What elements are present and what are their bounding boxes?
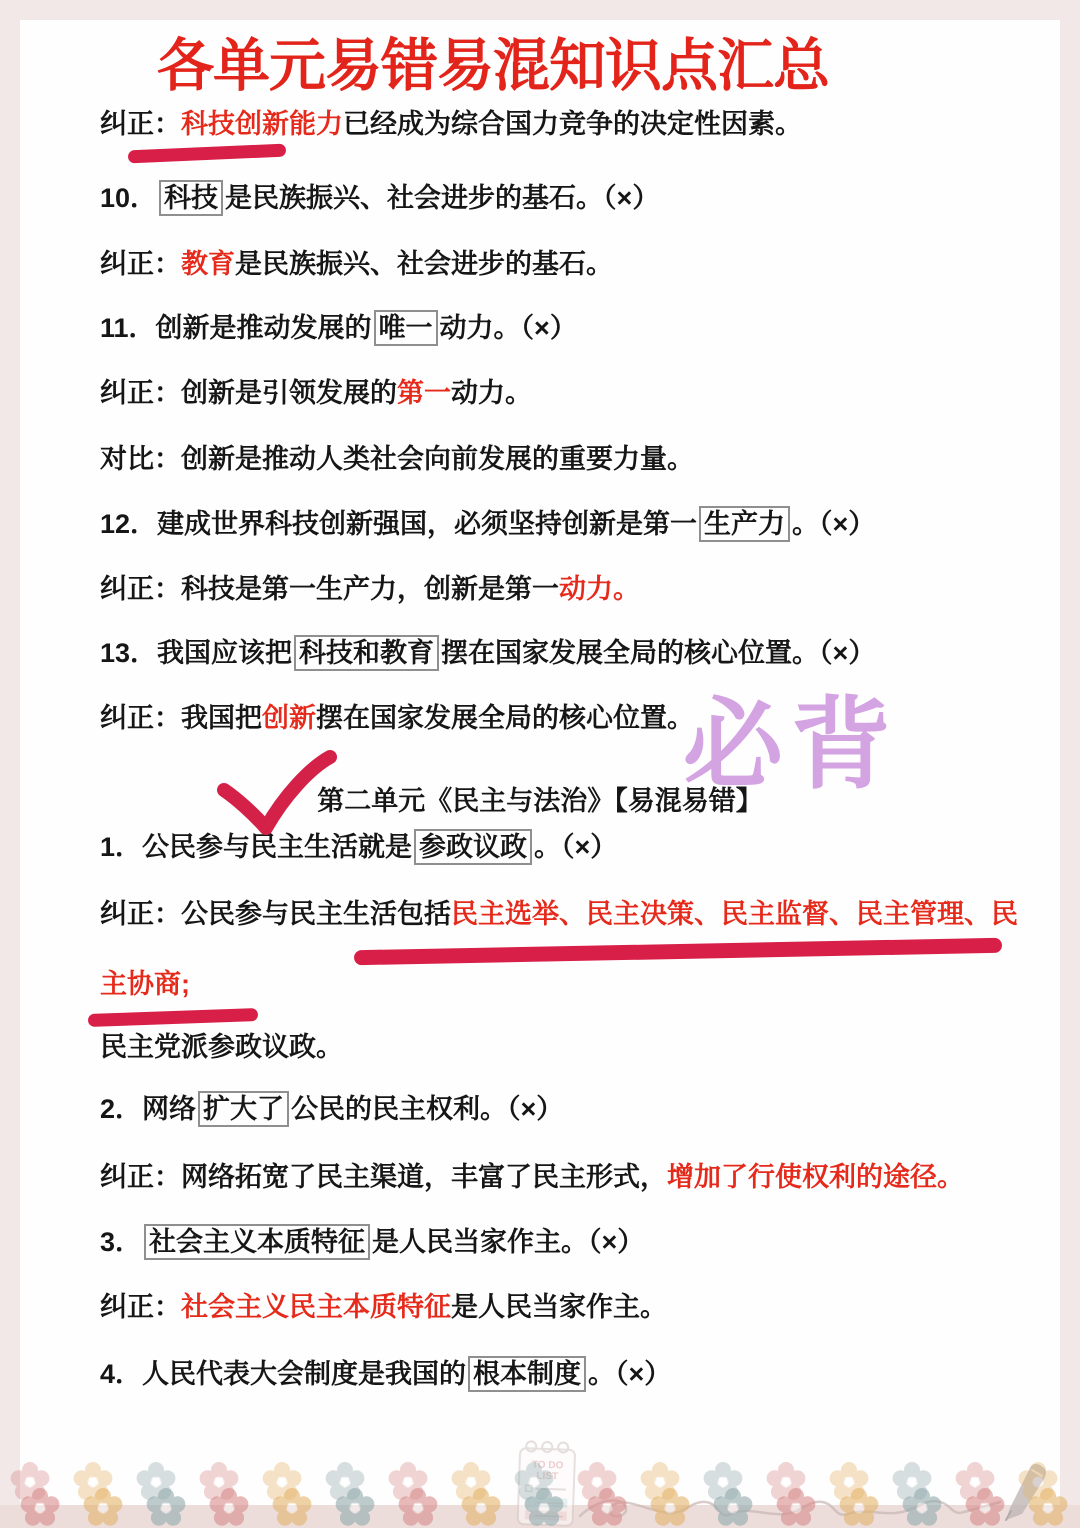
flower-icon xyxy=(587,1488,627,1528)
text-line: 2．网络扩大了公民的民主权利。（×） xyxy=(100,1093,563,1125)
text-segment: 4．人民代表大会制度是我国的 xyxy=(100,1359,466,1389)
flower-icon xyxy=(209,1488,249,1528)
text-segment: 13．我国应该把 xyxy=(100,638,292,668)
text-segment: 11．创新是推动发展的 xyxy=(100,313,372,343)
content-lines: 纠正：科技创新能力已经成为综合国力竞争的决定性因素。10．科技是民族振兴、社会进… xyxy=(0,0,1080,1528)
text-line: 纠正：我国把创新摆在国家发展全局的核心位置。 xyxy=(100,702,694,734)
highlighted-term: 增加了行使权利的途径。 xyxy=(667,1162,964,1192)
boxed-term: 唯一 xyxy=(374,310,438,346)
text-segment: （×） xyxy=(603,183,659,213)
text-line: 民主党派参政议政。 xyxy=(100,1031,343,1063)
text-segment: 纠正： xyxy=(100,1292,181,1322)
flower-icon xyxy=(902,1488,942,1528)
text-line: 纠正：公民参与民主生活包括民主选举、民主决策、民主监督、民主管理、民 xyxy=(100,898,1018,930)
text-segment: 2．网络 xyxy=(100,1094,196,1124)
highlighted-term: 民主选举、民主决策、民主监督、民主管理、民 xyxy=(451,899,1018,929)
highlighted-term: 创新 xyxy=(262,703,316,733)
study-notes-page: 各单元易错易混知识点汇总 必背 纠正：科技创新能力已经成为综合国力竞争的决定性因… xyxy=(0,0,1080,1528)
boxed-term: 生产力 xyxy=(699,506,790,542)
text-line: 纠正：社会主义民主本质特征是人民当家作主。 xyxy=(100,1291,667,1323)
text-segment: 动力。 xyxy=(440,313,521,343)
flower-icon xyxy=(272,1488,312,1528)
text-line: 纠正：教育是民族振兴、社会进步的基石。 xyxy=(100,248,613,280)
highlighted-term: 动力。 xyxy=(559,574,640,604)
highlighted-term: 主协商; xyxy=(100,969,190,999)
text-line: 3．社会主义本质特征是人民当家作主。（×） xyxy=(100,1226,644,1258)
text-segment: 纠正：创新是引领发展的 xyxy=(100,378,397,408)
boxed-term: 根本制度 xyxy=(468,1356,586,1392)
text-segment: 是民族振兴、社会进步的基石。 xyxy=(235,249,613,279)
text-segment: 。 xyxy=(792,509,819,539)
text-segment: 纠正：科技是第一生产力，创新是第一 xyxy=(100,574,559,604)
text-segment: 12．建成世界科技创新强国，必须坚持创新是第一 xyxy=(100,509,697,539)
text-segment: （×） xyxy=(521,313,577,343)
boxed-term: 科技 xyxy=(159,180,223,216)
text-segment: 对比：创新是推动人类社会向前发展的重要力量。 xyxy=(100,444,694,474)
text-segment: 是民族振兴、社会进步的基石。 xyxy=(225,183,603,213)
text-line: 对比：创新是推动人类社会向前发展的重要力量。 xyxy=(100,443,694,475)
section-heading: 第二单元《民主与法治》【易混易错】 xyxy=(0,785,1080,817)
text-line: 11．创新是推动发展的唯一动力。（×） xyxy=(100,312,577,344)
flower-icon xyxy=(20,1488,60,1528)
text-segment: 3． xyxy=(100,1227,142,1257)
text-line: 10．科技是民族振兴、社会进步的基石。（×） xyxy=(100,182,659,214)
checkmark-icon xyxy=(214,750,340,840)
flower-icon xyxy=(839,1488,879,1528)
text-segment: （×） xyxy=(819,509,875,539)
flower-icon xyxy=(776,1488,816,1528)
text-segment: 。 xyxy=(534,832,561,862)
boxed-term: 参政议政 xyxy=(414,829,532,865)
text-segment: 是人民当家作主。 xyxy=(372,1227,588,1257)
flower-icon xyxy=(335,1488,375,1528)
boxed-term: 社会主义本质特征 xyxy=(144,1224,370,1260)
text-line: 主协商; xyxy=(100,968,190,1000)
text-line: 13．我国应该把科技和教育摆在国家发展全局的核心位置。（×） xyxy=(100,637,875,669)
flower-icon xyxy=(398,1488,438,1528)
text-segment: 摆在国家发展全局的核心位置。 xyxy=(316,703,694,733)
text-line: 纠正：创新是引领发展的第一动力。 xyxy=(100,377,532,409)
text-line: 纠正：网络拓宽了民主渠道，丰富了民主形式，增加了行使权利的途径。 xyxy=(100,1161,964,1193)
text-segment: （×） xyxy=(588,1227,644,1257)
boxed-term: 扩大了 xyxy=(198,1091,289,1127)
flower-icon xyxy=(524,1488,564,1528)
flower-icon xyxy=(1028,1488,1068,1528)
text-segment: 10． xyxy=(100,183,157,213)
flower-icon xyxy=(461,1488,501,1528)
text-segment: 。 xyxy=(588,1359,615,1389)
text-line: 纠正：科技是第一生产力，创新是第一动力。 xyxy=(100,573,640,605)
text-segment: 动力。 xyxy=(451,378,532,408)
flower-icon xyxy=(650,1488,690,1528)
text-line: 纠正：科技创新能力已经成为综合国力竞争的决定性因素。 xyxy=(100,108,802,140)
text-segment: 纠正： xyxy=(100,109,181,139)
text-line: 1．公民参与民主生活就是参政议政。（×） xyxy=(100,831,617,863)
flower-icon xyxy=(83,1488,123,1528)
text-segment: 摆在国家发展全局的核心位置。 xyxy=(441,638,819,668)
text-segment: 已经成为综合国力竞争的决定性因素。 xyxy=(343,109,802,139)
text-segment: 民主党派参政议政。 xyxy=(100,1032,343,1062)
text-line: 12．建成世界科技创新强国，必须坚持创新是第一生产力。（×） xyxy=(100,508,875,540)
text-segment: 公民的民主权利。 xyxy=(291,1094,507,1124)
text-segment: 纠正：网络拓宽了民主渠道，丰富了民主形式， xyxy=(100,1162,667,1192)
highlighted-term: 社会主义民主本质特征 xyxy=(181,1292,451,1322)
text-line: 4．人民代表大会制度是我国的根本制度。（×） xyxy=(100,1358,671,1390)
flower-icon xyxy=(965,1488,1005,1528)
text-segment: （×） xyxy=(819,638,875,668)
text-segment: 纠正：我国把 xyxy=(100,703,262,733)
flower-icon xyxy=(146,1488,186,1528)
boxed-term: 科技和教育 xyxy=(294,635,439,671)
text-segment: 纠正： xyxy=(100,249,181,279)
text-segment: 纠正：公民参与民主生活包括 xyxy=(100,899,451,929)
text-segment: （×） xyxy=(507,1094,563,1124)
highlighted-term: 第一 xyxy=(397,378,451,408)
text-segment: （×） xyxy=(561,832,617,862)
text-segment: 第二单元《民主与法治》【易混易错】 xyxy=(317,786,763,816)
text-segment: （×） xyxy=(615,1359,671,1389)
text-segment: 是人民当家作主。 xyxy=(451,1292,667,1322)
highlighted-term: 科技创新能力 xyxy=(181,109,343,139)
flower-icon xyxy=(713,1488,753,1528)
highlighted-term: 教育 xyxy=(181,249,235,279)
